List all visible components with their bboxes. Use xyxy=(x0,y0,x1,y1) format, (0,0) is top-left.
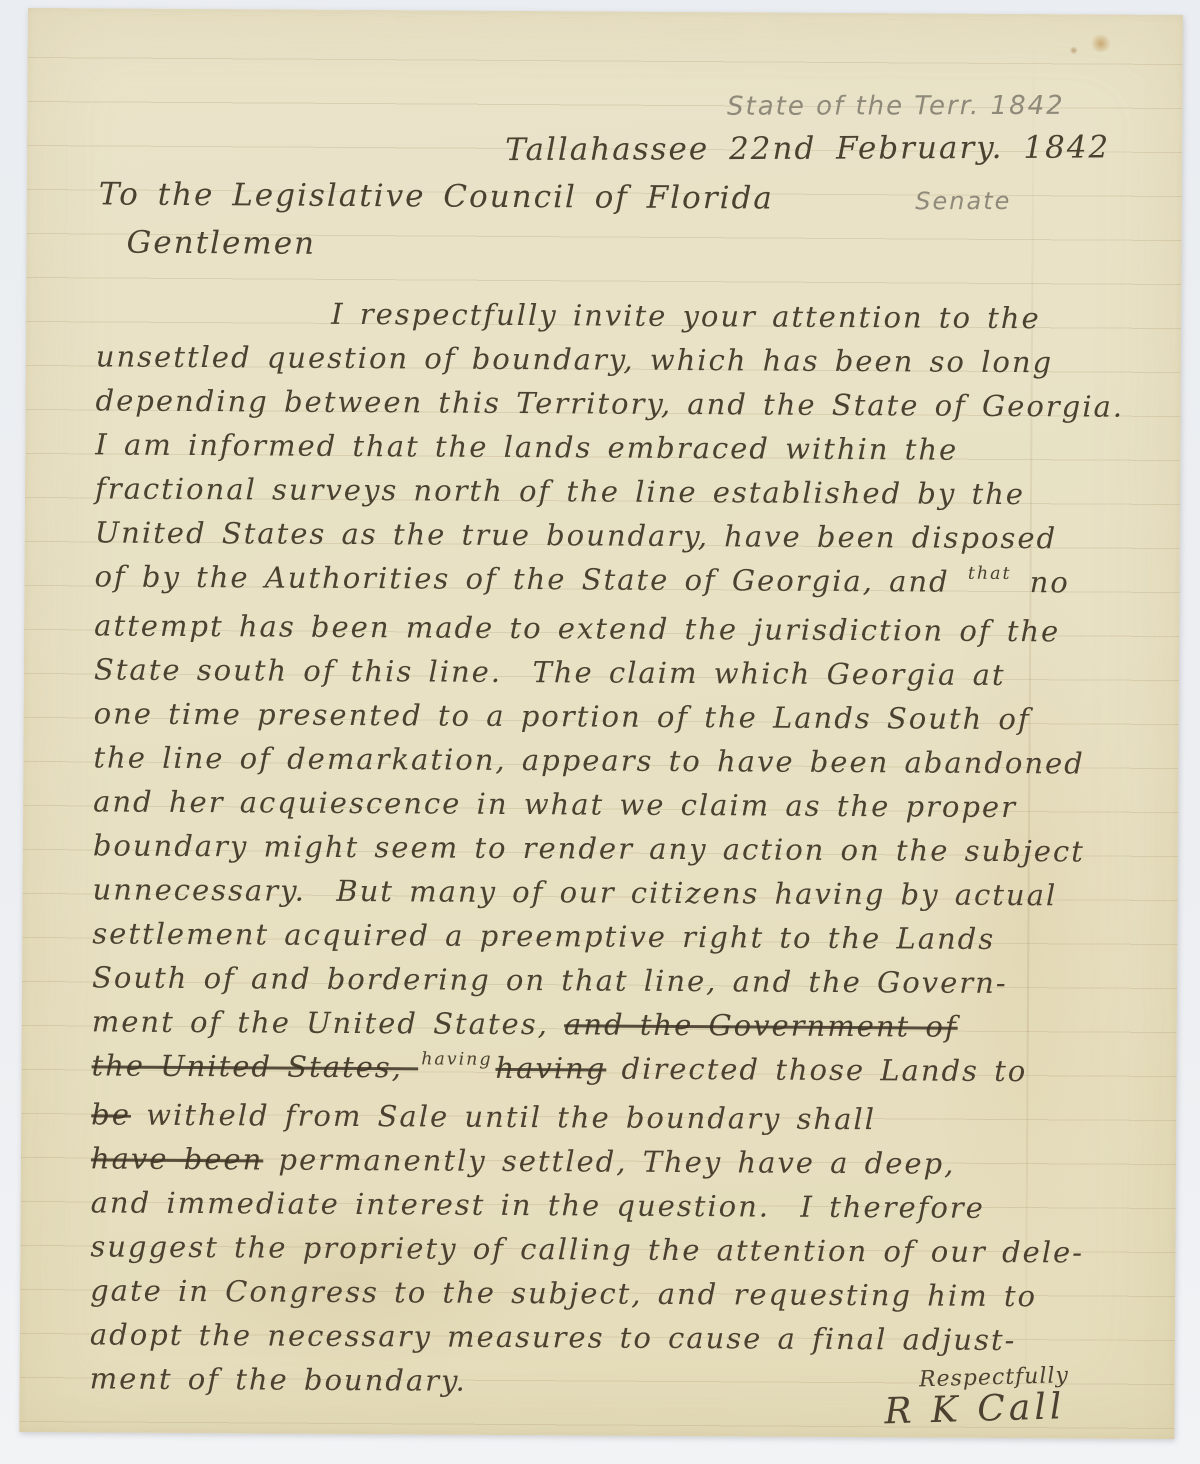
letter-line: be witheld from Sale until the boundary … xyxy=(91,1092,1161,1143)
letter-text: South of and bordering on that line, and… xyxy=(92,960,1008,1000)
letter-text: I respectfully invite your attention to … xyxy=(331,297,1041,335)
letter-text: gate in Congress to the subject, and req… xyxy=(90,1273,1037,1313)
letter-dateline: Tallahassee 22nd February. 1842 xyxy=(505,129,1110,168)
letter-text: and immediate interest in the question. … xyxy=(91,1185,985,1224)
letter-line: the line of demarkation, appears to have… xyxy=(93,735,1163,786)
letter-line: gate in Congress to the subject, and req… xyxy=(90,1268,1160,1319)
letter-salutation: Gentlemen xyxy=(126,225,316,262)
letter-text: ment of the boundary. xyxy=(90,1361,467,1397)
letter-line: South of and bordering on that line, and… xyxy=(92,955,1162,1006)
signature-block: Respectfully R K Call xyxy=(809,1361,1141,1434)
letter-text: fractional surveys north of the line est… xyxy=(95,471,1025,511)
annotation-line-2: Senate xyxy=(915,187,1065,215)
letter-line: settlement acquired a preemptive right t… xyxy=(92,911,1162,962)
letter-line: unsettled question of boundary, which ha… xyxy=(96,334,1166,385)
letter-text: boundary might seem to render any action… xyxy=(93,828,1085,868)
letter-line: State south of this line. The claim whic… xyxy=(94,647,1164,698)
letter-line: adopt the necessary measures to cause a … xyxy=(90,1312,1160,1363)
inserted-text: that xyxy=(968,552,1012,596)
letter-text: United States as the true boundary, have… xyxy=(95,515,1058,555)
letter-text: and her acquiescence in what we claim as… xyxy=(93,784,1017,824)
letter-text: attempt has been made to extend the juri… xyxy=(94,608,1060,648)
letter-text: the line of demarkation, appears to have… xyxy=(93,740,1085,780)
letter-text: one time presented to a portion of the L… xyxy=(94,696,1031,736)
letter-line: ment of the United States, and the Gover… xyxy=(92,999,1162,1050)
letter-text: adopt the necessary measures to cause a … xyxy=(90,1317,1017,1357)
letter-line: depending between this Territory, and th… xyxy=(95,378,1165,429)
letter-text: settlement acquired a preemptive right t… xyxy=(92,916,995,956)
letter-line: I respectfully invite your attention to … xyxy=(96,290,1166,341)
letter-text: directed those Lands to xyxy=(606,1052,1027,1089)
letter-text: of by the Authorities of the State of Ge… xyxy=(94,559,965,598)
struck-text: and the Government of xyxy=(564,1007,958,1043)
struck-text: having xyxy=(495,1051,606,1086)
letter-line: boundary might seem to render any action… xyxy=(93,823,1163,874)
letter-text: no xyxy=(1014,565,1070,599)
letter-body: I respectfully invite your attention to … xyxy=(89,290,1166,1407)
paper-stain xyxy=(1090,34,1112,52)
letter-text: State south of this line. The claim whic… xyxy=(94,652,1006,692)
paper-stain xyxy=(1070,46,1078,54)
letter-line: one time presented to a portion of the L… xyxy=(94,691,1164,742)
letter-text: suggest the propriety of calling the att… xyxy=(90,1229,1084,1269)
letter-text: permanently settled, They have a deep, xyxy=(263,1142,955,1180)
letter-text: unnecessary. But many of our citizens ha… xyxy=(93,872,1058,912)
struck-text: have been xyxy=(91,1141,264,1176)
document-paper: State of the Terr. 1842 Senate Tallahass… xyxy=(19,8,1183,1439)
letter-line: unnecessary. But many of our citizens ha… xyxy=(92,867,1162,918)
letter-line: and her acquiescence in what we claim as… xyxy=(93,779,1163,830)
letter-line: the United States, havinghaving directed… xyxy=(91,1043,1161,1099)
letter-line: suggest the propriety of calling the att… xyxy=(90,1224,1160,1275)
scan-background: State of the Terr. 1842 Senate Tallahass… xyxy=(0,0,1200,1464)
annotation-line-1: State of the Terr. 1842 xyxy=(727,91,1065,122)
letter-text: unsettled question of boundary, which ha… xyxy=(96,339,1053,379)
letter-address: To the Legislative Council of Florida xyxy=(99,176,774,216)
inserted-text: having xyxy=(421,1037,493,1081)
struck-text: be xyxy=(91,1097,131,1131)
letter-text: ment of the United States, xyxy=(92,1004,564,1041)
letter-signature: R K Call xyxy=(809,1384,1140,1434)
letter-line: fractional surveys north of the line est… xyxy=(95,466,1165,517)
letter-line: attempt has been made to extend the juri… xyxy=(94,603,1164,654)
letter-text: depending between this Territory, and th… xyxy=(96,383,1125,423)
letter-line: and immediate interest in the question. … xyxy=(91,1180,1161,1231)
letter-text: I am informed that the lands embraced wi… xyxy=(95,427,958,466)
letter-line: I am informed that the lands embraced wi… xyxy=(95,422,1165,473)
letter-line: of by the Authorities of the State of Ge… xyxy=(94,554,1164,610)
letter-text: witheld from Sale until the boundary sha… xyxy=(131,1098,876,1137)
struck-text: the United States, xyxy=(91,1048,418,1084)
letter-line: have been permanently settled, They have… xyxy=(91,1136,1161,1187)
